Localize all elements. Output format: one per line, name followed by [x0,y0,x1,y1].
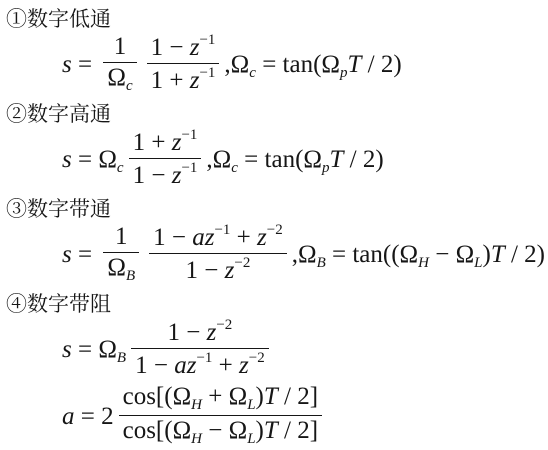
fraction: 1ΩB [103,223,139,285]
fraction: 1 − z−21 − az−1 + z−2 [131,317,269,380]
fraction: 1 + z−11 − z−1 [129,127,202,190]
section-digital-lowpass: ①数字低通 s = 1Ωc1 − z−11 + z−1,Ωc = tan(ΩpT… [6,6,548,98]
section-heading-bandstop: ④数字带阻 [6,291,548,317]
fraction: cos[(ΩH + ΩL)T / 2]cos[(ΩH − ΩL)T / 2] [119,383,322,448]
fraction: 1Ωc [103,33,136,95]
formula-lowpass-mapping: s = 1Ωc1 − z−11 + z−1,Ωc = tan(ΩpT / 2) [6,35,548,98]
fraction: 1 − z−11 + z−1 [147,32,220,95]
formula-bandstop-mapping: s = ΩB1 − z−21 − az−1 + z−2 [6,320,548,383]
formula-bandstop-coefficient: a = 2cos[(ΩH + ΩL)T / 2]cos[(ΩH − ΩL)T /… [6,386,548,450]
section-heading-highpass: ②数字高通 [6,101,548,127]
formula-sheet: ①数字低通 s = 1Ωc1 − z−11 + z−1,Ωc = tan(ΩpT… [0,0,548,450]
section-digital-highpass: ②数字高通 s = Ωc1 + z−11 − z−1,Ωc = tan(ΩpT … [6,101,548,193]
section-digital-bandstop: ④数字带阻 s = ΩB1 − z−21 − az−1 + z−2 a = 2c… [6,291,548,450]
section-heading-lowpass: ①数字低通 [6,6,548,32]
section-heading-bandpass: ③数字带通 [6,196,548,222]
formula-bandpass-mapping: s = 1ΩB1 − az−1 + z−21 − z−2,ΩB = tan((Ω… [6,225,548,288]
section-digital-bandpass: ③数字带通 s = 1ΩB1 − az−1 + z−21 − z−2,ΩB = … [6,196,548,288]
fraction: 1 − az−1 + z−21 − z−2 [149,222,287,285]
formula-highpass-mapping: s = Ωc1 + z−11 − z−1,Ωc = tan(ΩpT / 2) [6,130,548,193]
